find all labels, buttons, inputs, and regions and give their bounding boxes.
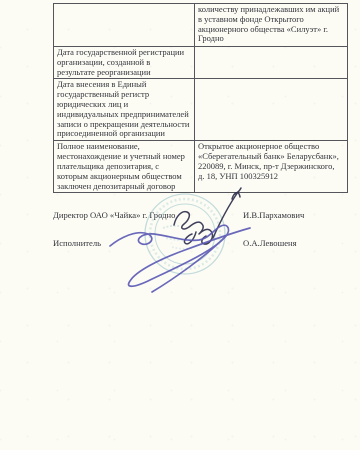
official-stamp-icon: [145, 194, 225, 274]
signatory-role-executor: Исполнитель: [53, 238, 101, 248]
signatory-role-director: Директор ОАО «Чайка» г. Гродно: [53, 210, 175, 220]
table-cell-value: Открытое акционерное общество «Сберегате…: [195, 141, 348, 193]
table-row: количеству принадлежавших им акций в уст…: [54, 4, 348, 47]
executor-signature: [110, 225, 250, 292]
signatory-name-director: И.В.Пархамович: [243, 210, 304, 220]
signatory-name-executor: О.А.Левошеня: [243, 238, 297, 248]
table-row: Дата государственной регистрации организ…: [54, 47, 348, 79]
scanned-document-page: { "document": { "table": { "rows": [ { "…: [0, 0, 360, 450]
table-cell-value: [195, 47, 348, 79]
table-cell-label: Полное наименование, местонахождение и у…: [54, 141, 195, 193]
table-cell-value: количеству принадлежавших им акций в уст…: [195, 4, 348, 47]
table-cell-value: [195, 79, 348, 141]
table-cell-label: [54, 4, 195, 47]
director-signature: [174, 188, 241, 244]
table-row: Дата внесения в Единый государственный р…: [54, 79, 348, 141]
table-cell-label: Дата государственной регистрации организ…: [54, 47, 195, 79]
table-cell-label: Дата внесения в Единый государственный р…: [54, 79, 195, 141]
registration-details-table: количеству принадлежавших им акций в уст…: [53, 3, 348, 193]
table-row: Полное наименование, местонахождение и у…: [54, 141, 348, 193]
